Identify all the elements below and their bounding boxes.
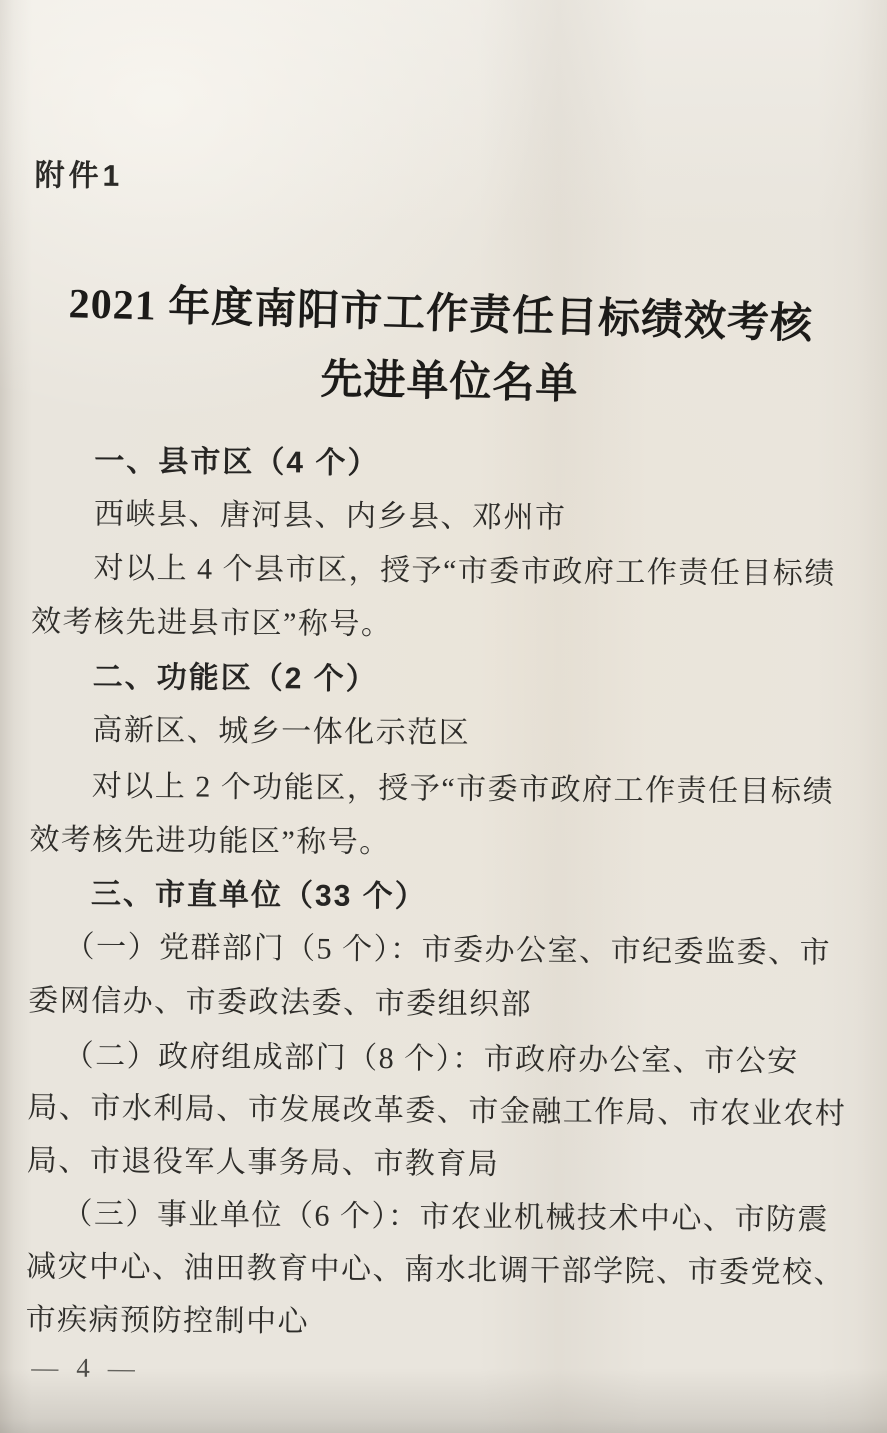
page-number: — 4 — [31, 1352, 136, 1384]
doc-line: （一）党群部门（5 个）：市委办公室、市纪委监委、市 [64, 930, 831, 972]
doc-line: 西峡县、唐河县、内乡县、邓州市 [94, 497, 567, 537]
doc-line: 减灾中心、油田教育中心、南水北调干部学院、市委党校、 [26, 1249, 845, 1291]
doc-line: 效考核先进县市区”称号。 [31, 604, 393, 643]
doc-line: （二）政府组成部门（8 个）：市政府办公室、市公安 [64, 1039, 799, 1081]
page-content: 附件1 2021 年度南阳市工作责任目标绩效考核 先进单位名单 一、县市区（4 … [0, 0, 887, 1433]
doc-line: 市疾病预防控制中心 [25, 1302, 309, 1340]
doc-line: 局、市退役军人事务局、市教育局 [27, 1143, 500, 1183]
page-number-dash-right: — [108, 1353, 136, 1384]
doc-line: 委网信办、市委政法委、市委组织部 [28, 983, 532, 1023]
section-heading-municipal-units: 三、市直单位（33 个） [91, 877, 427, 916]
doc-line: （三）事业单位（6 个）：市农业机械技术中心、市防震 [62, 1197, 829, 1239]
page-number-dash-left: — [31, 1352, 59, 1383]
section-heading-functional-zones: 二、功能区（2 个） [93, 660, 378, 698]
page-number-value: 4 [76, 1353, 91, 1384]
doc-line: 高新区、城乡一体化示范区 [92, 713, 470, 752]
section-heading-county-districts: 一、县市区（4 个） [94, 444, 379, 482]
document-title-line-1: 2021 年度南阳市工作责任目标绩效考核 [0, 268, 885, 353]
doc-line: 对以上 4 个县市区，授予“市委市政府工作责任目标绩 [93, 551, 836, 593]
attachment-label: 附件1 [34, 150, 123, 195]
doc-line: 效考核先进功能区”称号。 [29, 822, 391, 861]
doc-line: 对以上 2 个功能区，授予“市委市政府工作责任目标绩 [92, 769, 835, 811]
doc-line: 局、市水利局、市发展改革委、市金融工作局、市农业农村 [27, 1090, 846, 1132]
document-photo: 附件1 2021 年度南阳市工作责任目标绩效考核 先进单位名单 一、县市区（4 … [0, 0, 887, 1433]
document-title-line-2: 先进单位名单 [6, 340, 887, 418]
